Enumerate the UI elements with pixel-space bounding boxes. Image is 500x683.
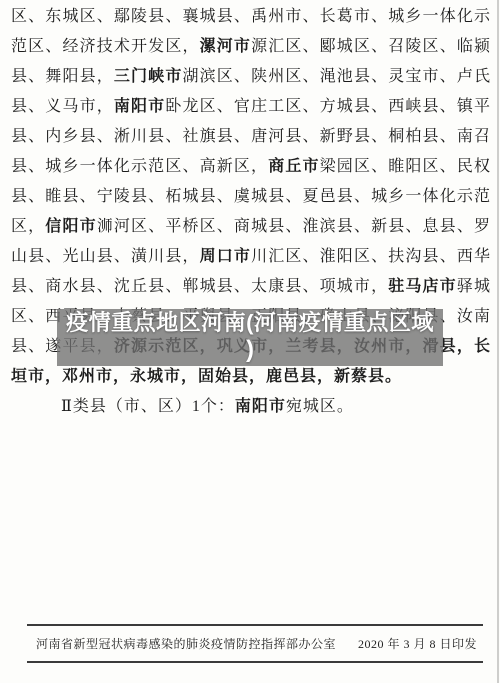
text-line: 县、城乡一体化示范区、高新区，商丘市梁园区、睢阳区、民权	[11, 152, 491, 182]
text-line: 山县、光山县、潢川县，周口市川汇区、淮阳区、扶沟县、西华	[11, 242, 491, 272]
text-segment: 范区、经济技术开发区，	[11, 38, 200, 55]
text-segment: 源汇区、郾城区、召陵区、临颍	[251, 38, 491, 55]
scanned-document-page: 区、东城区、鄢陵县、襄城县、禹州市、长葛市、城乡一体化示范区、经济技术开发区，漯…	[0, 0, 500, 683]
text-segment: 浉河区、平桥区、商城县、淮滨县、新县、息县、罗	[97, 218, 491, 235]
text-segment: 县、城乡一体化示范区、高新区，	[11, 158, 268, 175]
bold-text-segment: 南阳市	[114, 98, 165, 115]
footer-issuer-text: 河南省新型冠状病毒感染的肺炎疫情防控指挥部办公室	[36, 635, 336, 652]
text-segment: 县、义马市，	[11, 98, 114, 115]
bold-text-segment: 漯河市	[200, 38, 251, 55]
text-line: 县、睢县、宁陵县、柘城县、虞城县、夏邑县、城乡一体化示范	[11, 182, 491, 212]
text-segment: 宛城区。	[286, 398, 354, 415]
text-segment: 县、睢县、宁陵县、柘城县、虞城县、夏邑县、城乡一体化示范	[11, 188, 491, 205]
text-segment: 湖滨区、陕州区、渑池县、灵宝市、卢氏	[182, 68, 491, 85]
bold-text-segment: 周口市	[200, 248, 251, 265]
watermark-title-overlay: 疫情重点地区河南(河南疫情重点区域 )	[57, 309, 443, 366]
text-line: 区，信阳市浉河区、平桥区、商城县、淮滨县、新县、息县、罗	[11, 212, 491, 242]
text-line: Ⅱ类县（市、区）1个：南阳市宛城区。	[11, 392, 491, 422]
document-footer: 河南省新型冠状病毒感染的肺炎疫情防控指挥部办公室 2020 年 3 月 8 日印…	[27, 624, 483, 663]
text-segment: 县、内乡县、淅川县、社旗县、唐河县、新野县、桐柏县、南召	[11, 128, 491, 145]
text-line: 县、内乡县、淅川县、社旗县、唐河县、新野县、桐柏县、南召	[11, 122, 491, 152]
bold-text-segment: 商丘市	[268, 158, 319, 175]
overlay-title-text: 疫情重点地区河南(河南疫情重点区域	[66, 309, 434, 337]
text-segment: 山县、光山县、潢川县，	[11, 248, 200, 265]
text-line: 县、商水县、沈丘县、郸城县、太康县、项城市，驻马店市驿城	[11, 272, 491, 302]
text-segment: 区，	[11, 218, 45, 235]
bold-text-segment: 垣市，邓州市，永城市，固始县，鹿邑县，新蔡县。	[11, 368, 402, 385]
bold-text-segment: 三门峡市	[114, 68, 183, 85]
text-segment: 卧龙区、官庄工区、方城县、西峡县、镇平	[165, 98, 491, 115]
footer-rule-bottom	[27, 661, 483, 663]
text-line: 县、义马市，南阳市卧龙区、官庄工区、方城县、西峡县、镇平	[11, 92, 491, 122]
bold-text-segment: 信阳市	[45, 218, 96, 235]
text-line: 垣市，邓州市，永城市，固始县，鹿邑县，新蔡县。	[11, 362, 491, 392]
text-segment: 县、舞阳县，	[11, 68, 114, 85]
text-line: 范区、经济技术开发区，漯河市源汇区、郾城区、召陵区、临颍	[11, 32, 491, 62]
text-segment: 梁园区、睢阳区、民权	[320, 158, 491, 175]
text-segment: 区、东城区、鄢陵县、襄城县、禹州市、长葛市、城乡一体化示	[11, 8, 491, 25]
scan-edge-artifact	[497, 0, 499, 683]
text-segment: Ⅱ类县（市、区）1个：	[61, 398, 235, 415]
bold-text-segment: 南阳市	[235, 398, 286, 415]
bold-text-segment: 驻马店市	[388, 278, 457, 295]
text-segment: 县、商水县、沈丘县、郸城县、太康县、项城市，	[11, 278, 388, 295]
overlay-title-closing-paren: )	[246, 337, 254, 363]
text-segment: 川汇区、淮阳区、扶沟县、西华	[251, 248, 491, 265]
text-line: 区、东城区、鄢陵县、襄城县、禹州市、长葛市、城乡一体化示	[11, 2, 491, 32]
footer-text-row: 河南省新型冠状病毒感染的肺炎疫情防控指挥部办公室 2020 年 3 月 8 日印…	[27, 626, 483, 661]
footer-print-date: 2020 年 3 月 8 日印发	[358, 635, 477, 652]
text-line: 县、舞阳县，三门峡市湖滨区、陕州区、渑池县、灵宝市、卢氏	[11, 62, 491, 92]
text-segment: 驿城	[457, 278, 491, 295]
